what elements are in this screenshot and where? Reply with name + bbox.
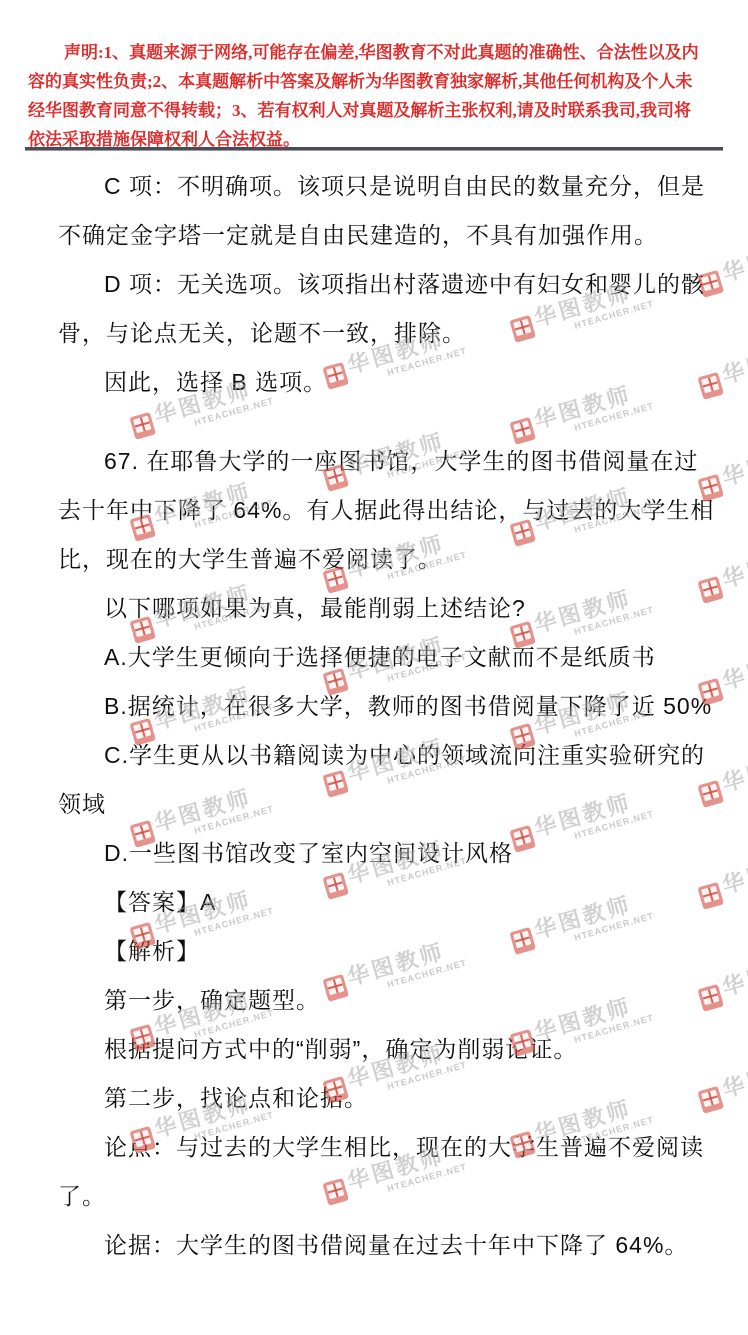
watermark-domain-text: HTEACHER.NET (727, 254, 748, 295)
body-line: D 项：无关选项。该项指出村落遗迹中有妇女和婴儿的骸 (58, 260, 708, 309)
body-text: C 项：不明确项。该项只是说明自由民的数量充分，但是不确定金字塔一定就是自由民建… (58, 162, 708, 1270)
watermark-text-block: 华图教师HTEACHER.NET (720, 843, 748, 907)
body-line: 领域 (58, 780, 708, 829)
watermark-domain-text: HTEACHER.NET (727, 560, 748, 601)
watermark-text-block: 华图教师HTEACHER.NET (720, 741, 748, 805)
body-line: C 项：不明确项。该项只是说明自由民的数量充分，但是 (58, 162, 708, 211)
body-line: 因此，选择 B 选项。 (58, 358, 708, 407)
watermark-text: 华图教师 (720, 435, 748, 489)
body-line: C.学生更从以书籍阅读为中心的领域流向注重实验研究的 (58, 731, 708, 780)
body-line: 【解析】 (58, 927, 708, 976)
watermark-domain-text: HTEACHER.NET (727, 662, 748, 703)
watermark-domain-text: HTEACHER.NET (727, 356, 748, 397)
watermark-text-block: 华图教师HTEACHER.NET (720, 333, 748, 397)
watermark-text: 华图教师 (720, 741, 748, 795)
disclaimer: 声明:1、真题来源于网络,可能存在偏差,华图教育不对此真题的准确性、合法性以及内… (28, 38, 722, 154)
body-line: 67. 在耶鲁大学的一座图书馆，大学生的图书借阅量在过 (58, 437, 708, 486)
body-line: 不确定金字塔一定就是自由民建造的，不具有加强作用。 (58, 211, 708, 260)
watermark-text-block: 华图教师HTEACHER.NET (720, 639, 748, 703)
disclaimer-line: 经华图教育同意不得转载；3、若有权利人对真题及解析主张权利,请及时联系我司,我司… (28, 96, 722, 125)
watermark-text: 华图教师 (720, 843, 748, 897)
watermark-text: 华图教师 (720, 333, 748, 387)
divider-line (25, 147, 723, 151)
watermark-domain-text: HTEACHER.NET (727, 1070, 748, 1111)
watermark-text: 华图教师 (720, 1047, 748, 1101)
disclaimer-line: 声明:1、真题来源于网络,可能存在偏差,华图教育不对此真题的准确性、合法性以及内 (28, 38, 722, 67)
watermark-domain-text: HTEACHER.NET (727, 764, 748, 805)
body-line: 根据提问方式中的“削弱”，确定为削弱论证。 (58, 1025, 708, 1074)
watermark-text: 华图教师 (720, 537, 748, 591)
watermark-domain-text: HTEACHER.NET (727, 866, 748, 907)
disclaimer-label: 声明: (64, 43, 104, 62)
watermark-text: 华图教师 (720, 231, 748, 285)
body-line: 去十年中下降了 64%。有人据此得出结论，与过去的大学生相 (58, 486, 708, 535)
watermark-domain-text: HTEACHER.NET (727, 968, 748, 1009)
body-line: B.据统计，在很多大学，教师的图书借阅量下降了近 50% (58, 682, 708, 731)
watermark-text-block: 华图教师HTEACHER.NET (720, 945, 748, 1009)
watermark-text-block: 华图教师HTEACHER.NET (720, 537, 748, 601)
watermark-text: 华图教师 (720, 945, 748, 999)
body-line: 以下哪项如果为真，最能削弱上述结论? (58, 584, 708, 633)
watermark-text: 华图教师 (720, 639, 748, 693)
body-line: 了。 (58, 1172, 708, 1221)
body-line: 比，现在的大学生普遍不爱阅读了。 (58, 535, 708, 584)
body-line: 论点：与过去的大学生相比，现在的大学生普遍不爱阅读 (58, 1123, 708, 1172)
disclaimer-line: 容的真实性负责;2、本真题解析中答案及解析为华图教育独家解析,其他任何机构及个人… (28, 67, 722, 96)
body-line: A.大学生更倾向于选择便捷的电子文献而不是纸质书 (58, 633, 708, 682)
body-line: D.一些图书馆改变了室内空间设计风格 (58, 829, 708, 878)
watermark-text-block: 华图教师HTEACHER.NET (720, 435, 748, 499)
watermark-domain-text: HTEACHER.NET (727, 458, 748, 499)
watermark-text-block: 华图教师HTEACHER.NET (720, 231, 748, 295)
watermark-text-block: 华图教师HTEACHER.NET (720, 1047, 748, 1111)
document-page: 华图教师HTEACHER.NET华图教师HTEACHER.NET华图教师HTEA… (0, 0, 748, 1335)
body-line: 骨，与论点无关，论题不一致，排除。 (58, 309, 708, 358)
body-line: 第一步，确定题型。 (58, 976, 708, 1025)
body-line: 【答案】A (58, 878, 708, 927)
body-line: 论据：大学生的图书借阅量在过去十年中下降了 64%。 (58, 1221, 708, 1270)
body-line: 第二步，找论点和论据。 (58, 1074, 708, 1123)
